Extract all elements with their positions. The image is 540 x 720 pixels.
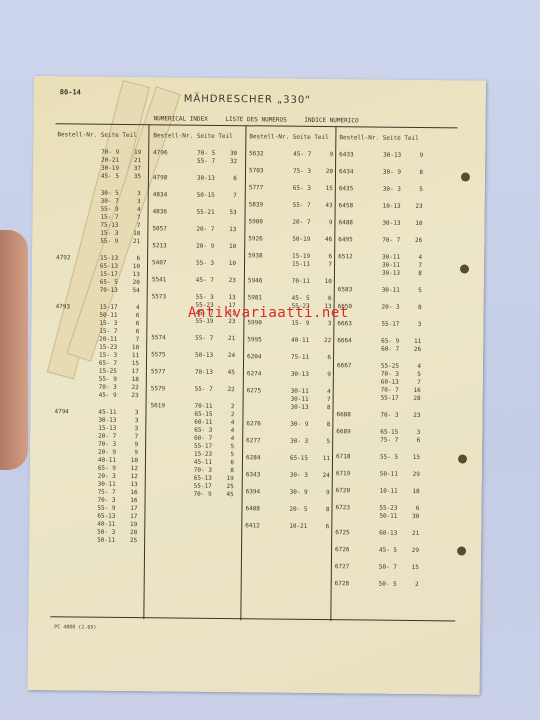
index-entry: 627430-139 [247, 370, 331, 379]
page-ref: 70- 5 [191, 150, 215, 158]
part-ref: 13 [214, 226, 236, 234]
index-row: 50-1125 [91, 537, 137, 545]
index-row: 55- 743 [287, 202, 333, 210]
part-ref: 19 [115, 521, 137, 529]
page-ref: 70- 7 [375, 387, 399, 395]
page-ref: 20- 5 [283, 506, 307, 514]
index-entry: 640820- 58 [245, 505, 329, 514]
index-entry: 590020- 79 [248, 218, 332, 227]
order-number: 6664 [337, 337, 352, 344]
order-number: 5839 [249, 201, 264, 208]
part-ref: 29 [398, 471, 420, 479]
part-ref: 3 [119, 198, 141, 206]
order-number: 6720 [336, 487, 351, 494]
page-ref: 70-13 [189, 369, 213, 377]
order-number: 5579 [151, 385, 166, 392]
part-ref: 19 [119, 149, 141, 157]
part-ref: 21 [119, 157, 141, 165]
page-ref: 50-13 [189, 352, 213, 360]
index-entry: 645810-1323 [339, 202, 423, 211]
part-ref: 2 [212, 411, 234, 419]
page-ref: 15- 3 [93, 352, 117, 360]
index-row: 70-1345 [189, 369, 235, 377]
page-ref: 50-11 [93, 312, 117, 320]
index-entry: 665020- 38 [338, 303, 422, 312]
page-ref: 45-11 [92, 409, 116, 417]
part-ref: 6 [398, 437, 420, 445]
page-ref: 30-13 [284, 404, 308, 412]
bottom-rule [50, 616, 455, 621]
document-title: MÄHDRESCHER „330" [184, 94, 311, 106]
page-ref: 65- 9 [92, 465, 116, 473]
part-ref: 7 [116, 433, 138, 441]
index-row: 30- 324 [284, 472, 330, 480]
index-row: 75- 76 [374, 437, 420, 445]
page-ref: 65-13 [188, 475, 212, 483]
part-ref: 4 [399, 363, 421, 371]
page-ref: 30- 9 [284, 421, 308, 429]
index-row: 55- 721 [189, 335, 235, 343]
page-ref: 15-23 [93, 344, 117, 352]
part-ref: 6 [212, 459, 234, 467]
subtitle-fr: LISTE DES NUMEROS [225, 116, 286, 124]
index-entry: 672645- 529 [335, 546, 419, 555]
index-entry: 599540-1122 [247, 336, 331, 345]
index-entry: 557770-1345 [151, 368, 235, 377]
page-ref: 55- 9 [95, 206, 119, 214]
page-ref: 70- 3 [92, 497, 116, 505]
index-entry: 643430- 98 [339, 168, 423, 177]
page-ref: 50- 7 [373, 564, 397, 572]
column-header: Bestell-Nr. Seite Teil [57, 131, 141, 139]
page-ref: 15-11 [286, 261, 310, 269]
order-number: 6726 [335, 546, 350, 553]
index-row: 45- 529 [373, 547, 419, 555]
page-ref: 65-15 [374, 429, 398, 437]
part-ref: 7 [118, 214, 140, 222]
part-ref: 9 [311, 151, 333, 159]
index-entry: 479670- 53055- 732 [153, 149, 237, 166]
part-ref: 18 [398, 488, 420, 496]
index-entry: 658330-115 [338, 286, 422, 295]
part-ref: 8 [400, 270, 422, 278]
part-ref: 17 [117, 368, 139, 376]
index-entry: 641210-216 [245, 522, 329, 531]
index-entry: 651230-11430-11730-138 [338, 253, 422, 278]
order-number: 5938 [248, 252, 263, 259]
page-ref: 65- 3 [287, 185, 311, 193]
page-ref: 30-11 [376, 254, 400, 262]
page-ref: 45- 5 [286, 295, 310, 303]
order-number: 4793 [56, 303, 71, 310]
index-row: 60-1321 [373, 530, 419, 538]
page-ref: 30-13 [376, 220, 400, 228]
part-ref: 17 [115, 505, 137, 513]
page-ref: 55- 9 [93, 376, 117, 384]
index-entry: 672850- 52 [335, 580, 419, 589]
part-ref: 11 [117, 352, 139, 360]
index-column: Bestell-Nr. Seite Teil70- 91920-212130-1… [53, 131, 141, 554]
part-ref: 3 [116, 425, 138, 433]
index-entry: 627530-11430-11730-138 [247, 387, 331, 412]
page-ref: 70-11 [189, 403, 213, 411]
part-ref: 20 [311, 168, 333, 176]
page-ref: 50- 5 [373, 581, 397, 589]
page-ref: 55- 3 [190, 260, 214, 268]
part-ref: 10 [214, 260, 236, 268]
index-entry: 479215-13665-131015-171365- 52070-1354 [56, 254, 140, 295]
part-ref: 3 [116, 417, 138, 425]
part-ref: 6 [118, 255, 140, 263]
part-ref: 35 [119, 173, 141, 181]
part-ref: 6 [117, 320, 139, 328]
page-ref: 30-13 [376, 270, 400, 278]
part-ref: 15 [398, 454, 420, 462]
part-ref: 4 [309, 388, 331, 396]
page-ref: 70- 3 [375, 371, 399, 379]
index-row: 10-1118 [374, 488, 420, 496]
order-number: 6275 [247, 387, 262, 394]
index-entry: 505720- 713 [152, 225, 236, 234]
order-number: 6667 [337, 362, 352, 369]
index-entry: 627630- 98 [246, 420, 330, 429]
page-ref: 30-11 [376, 287, 400, 295]
index-entry: 30- 5330- 7355- 9415- 7775-13715- 31055-… [56, 189, 141, 246]
page-ref: 60-13 [375, 379, 399, 387]
part-ref: 4 [212, 427, 234, 435]
page-ref: 55- 7 [189, 386, 213, 394]
order-number: 5407 [152, 259, 167, 266]
index-row: 45- 79 [287, 151, 333, 159]
page-ref: 30- 3 [284, 472, 308, 480]
page-ref: 30-13 [377, 152, 401, 160]
index-entry: 671855- 515 [336, 453, 420, 462]
order-number: 4798 [153, 174, 168, 181]
page-ref: 65- 7 [93, 360, 117, 368]
page-ref: 55- 5 [374, 454, 398, 462]
part-ref: 3 [116, 409, 138, 417]
index-row: 75-116 [285, 354, 331, 362]
page-ref: 65- 9 [375, 338, 399, 346]
part-ref: 10 [214, 243, 236, 251]
page-ref: 30-11 [92, 481, 116, 489]
index-row: 50-1946 [286, 236, 332, 244]
index-row: 45- 535 [95, 173, 141, 181]
page-ref: 40-11 [285, 337, 309, 345]
index-row: 20- 38 [376, 304, 422, 312]
index-row: 55- 921 [94, 238, 140, 246]
order-number: 6663 [337, 320, 352, 327]
index-row: 55- 732 [191, 158, 237, 166]
index-column: Bestell-Nr. Seite Teil643330-139643430- … [335, 134, 424, 598]
index-entry: 648830-1310 [338, 219, 422, 228]
part-ref: 8 [400, 304, 422, 312]
part-ref: 4 [119, 206, 141, 214]
page-ref: 15- 7 [93, 328, 117, 336]
index-row: 50-157 [191, 192, 237, 200]
order-number: 4796 [153, 149, 168, 156]
page-ref: 20- 7 [190, 226, 214, 234]
index-row: 50-1130 [373, 513, 419, 521]
index-row: 30-138 [376, 270, 422, 278]
index-row: 40-1122 [285, 337, 331, 345]
order-number: 6723 [335, 504, 350, 511]
index-entry: 672010-1118 [336, 487, 420, 496]
part-ref: 46 [310, 236, 332, 244]
page-ref: 65-13 [91, 513, 115, 521]
part-ref: 6 [309, 354, 331, 362]
page-ref: 30- 3 [284, 438, 308, 446]
part-ref: 54 [118, 287, 140, 295]
page-ref: 30- 3 [377, 186, 401, 194]
part-ref: 4 [212, 435, 234, 443]
index-row: 30-136 [191, 175, 237, 183]
page-ref: 45- 7 [190, 277, 214, 285]
part-ref: 28 [399, 395, 421, 403]
page-ref: 50-19 [286, 236, 310, 244]
page-ref: 55-17 [188, 483, 212, 491]
column-header: Bestell-Nr. Seite Teil [249, 133, 333, 141]
order-number: 6718 [336, 453, 351, 460]
document-code: 80-14 [60, 88, 81, 96]
page-ref: 55- 9 [94, 238, 118, 246]
index-entry: 672560-1321 [335, 529, 419, 538]
page-ref: 70- 3 [93, 384, 117, 392]
part-ref: 9 [401, 152, 423, 160]
part-ref: 6 [310, 253, 332, 261]
index-row: 70- 726 [376, 237, 422, 245]
part-ref: 8 [401, 169, 423, 177]
page-ref: 45- 5 [95, 173, 119, 181]
page-ref: 45-11 [188, 459, 212, 467]
index-column: Bestell-Nr. Seite Teil563245- 79570375- … [245, 133, 333, 540]
index-row: 55- 310 [190, 260, 236, 268]
part-ref: 16 [116, 489, 138, 497]
index-row: 70-1354 [94, 287, 140, 295]
page-ref: 30-19 [95, 165, 119, 173]
index-row: 70-1110 [286, 278, 332, 286]
part-ref: 3 [119, 190, 141, 198]
part-ref: 45 [213, 369, 235, 377]
part-ref: 45 [212, 491, 234, 499]
part-ref: 22 [309, 337, 331, 345]
page-ref: 20-11 [93, 336, 117, 344]
page-ref: 30-11 [285, 388, 309, 396]
index-entry: 483450-157 [153, 191, 237, 200]
part-ref: 7 [400, 262, 422, 270]
part-ref: 5 [212, 451, 234, 459]
page-ref: 65- 3 [188, 427, 212, 435]
part-ref: 7 [215, 192, 237, 200]
part-ref: 5 [401, 186, 423, 194]
index-entry: 672750- 715 [335, 563, 419, 572]
page-ref: 40-11 [91, 521, 115, 529]
page-ref: 45- 9 [93, 392, 117, 400]
order-number: 6412 [245, 522, 260, 529]
page-ref: 20- 9 [92, 449, 116, 457]
page-ref: 70- 3 [92, 441, 116, 449]
part-ref: 9 [116, 449, 138, 457]
page-ref: 50-11 [91, 537, 115, 545]
part-ref: 4 [118, 304, 140, 312]
part-ref: 8 [308, 421, 330, 429]
part-ref: 5 [399, 371, 421, 379]
part-ref: 15 [117, 360, 139, 368]
order-number: 5900 [248, 218, 263, 225]
part-ref: 4 [400, 254, 422, 262]
page-ref: 40-11 [92, 457, 116, 465]
part-ref: 2 [397, 581, 419, 589]
page-ref: 70- 3 [188, 467, 212, 475]
index-entry: 643330-139 [339, 151, 423, 160]
order-number: 5577 [151, 368, 166, 375]
page-ref: 65-15 [188, 411, 212, 419]
page-ref: 55- 9 [91, 505, 115, 513]
order-number: 5632 [249, 150, 264, 157]
part-ref: 23 [214, 277, 236, 285]
page-ref: 30- 5 [95, 190, 119, 198]
part-ref: 24 [308, 472, 330, 480]
index-row: 65-1511 [284, 455, 330, 463]
part-ref: 37 [119, 165, 141, 173]
part-ref: 22 [117, 384, 139, 392]
page-ref: 55- 7 [191, 158, 215, 166]
index-row: 30-139 [377, 152, 423, 160]
document-page: 80-14 MÄHDRESCHER „330" NUMERICAL INDEX … [28, 76, 486, 695]
index-row: 50-1324 [189, 352, 235, 360]
part-ref: 23 [401, 203, 423, 211]
page-ref: 70- 7 [376, 237, 400, 245]
part-ref: 9 [116, 441, 138, 449]
index-entry: 557550-1324 [151, 351, 235, 360]
index-entry: 540755- 310 [152, 259, 236, 268]
index-row: 75- 320 [287, 168, 333, 176]
part-ref: 6 [117, 312, 139, 320]
page-ref: 45- 5 [373, 547, 397, 555]
page-ref: 70-13 [94, 287, 118, 295]
page-ref: 15-17 [94, 304, 118, 312]
part-ref: 22 [213, 386, 235, 394]
part-ref: 16 [116, 497, 138, 505]
order-number: 6583 [338, 286, 353, 293]
index-entry: 627730- 35 [246, 437, 330, 446]
index-entry: 592650-1946 [248, 235, 332, 244]
order-number: 6435 [339, 185, 354, 192]
index-entry: 672355-23650-1130 [335, 504, 419, 521]
page-ref: 55- 7 [189, 335, 213, 343]
index-entry: 521320- 910 [152, 242, 236, 251]
part-ref: 11 [399, 338, 421, 346]
page-ref: 50-15 [191, 192, 215, 200]
order-number: 6719 [336, 470, 351, 477]
page-ref: 15-13 [94, 255, 118, 263]
page-ref: 15-13 [92, 425, 116, 433]
page-ref: 20-21 [95, 157, 119, 165]
order-number: 6727 [335, 563, 350, 570]
subtitle-es: INDICE NUMERICO [304, 117, 358, 125]
index-row: 30-138 [284, 404, 330, 412]
part-ref: 26 [399, 346, 421, 354]
page-ref: 15-17 [94, 271, 118, 279]
page-ref: 65- 5 [94, 279, 118, 287]
part-ref: 2 [213, 403, 235, 411]
order-number: 6495 [338, 236, 353, 243]
page-ref: 50- 3 [91, 529, 115, 537]
part-ref: 10 [310, 278, 332, 286]
index-entry: 479445-11330-13315-13320- 7770- 3920- 99… [53, 408, 138, 545]
page-ref: 15-19 [286, 253, 310, 261]
page-ref: 70- 9 [95, 149, 119, 157]
page-ref: 30-13 [191, 175, 215, 183]
order-number: 6394 [246, 488, 261, 495]
page-ref: 10-13 [377, 203, 401, 211]
part-ref: 6 [215, 175, 237, 183]
index-entry: 554145- 723 [152, 276, 236, 285]
index-entry: 479315-17450-11615- 3615- 7620-11715-231… [55, 303, 140, 400]
part-ref: 10 [118, 230, 140, 238]
index-entry: 561970-11265-15260-11465- 3460- 7455-175… [150, 402, 235, 499]
part-ref: 5 [212, 443, 234, 451]
part-ref: 12 [116, 473, 138, 481]
punch-hole [458, 454, 467, 463]
order-number: 4792 [56, 254, 71, 261]
page-ref: 55-17 [375, 395, 399, 403]
order-number: 5777 [249, 184, 264, 191]
part-ref: 30 [397, 513, 419, 521]
index-row: 20- 713 [190, 226, 236, 234]
order-number: 6204 [247, 353, 262, 360]
page-ref: 20- 9 [190, 243, 214, 251]
page-ref: 50-11 [374, 471, 398, 479]
index-row: 55-1728 [375, 395, 421, 403]
page-ref: 30-11 [285, 396, 309, 404]
part-ref: 7 [117, 336, 139, 344]
part-ref: 10 [116, 457, 138, 465]
index-entry: 649570- 726 [338, 236, 422, 245]
part-ref: 26 [400, 237, 422, 245]
part-ref: 3 [309, 320, 331, 328]
index-entry: 557955- 722 [151, 385, 235, 394]
index-row: 30- 98 [377, 169, 423, 177]
order-number: 5619 [151, 402, 166, 409]
part-ref: 21 [397, 530, 419, 538]
order-number: 5574 [151, 334, 166, 341]
index-row: 45- 923 [93, 392, 139, 400]
index-row: 65- 315 [287, 185, 333, 193]
index-entry: 594670-1110 [248, 277, 332, 286]
index-row: 50- 715 [373, 564, 419, 572]
index-entry: 666755-25470- 3560-13770- 71655-1728 [337, 362, 421, 403]
part-ref: 5 [308, 438, 330, 446]
order-number: 5926 [248, 235, 263, 242]
part-ref: 3 [398, 429, 420, 437]
part-ref: 25 [212, 483, 234, 491]
column-divider [240, 125, 246, 620]
index-row: 30-1310 [376, 220, 422, 228]
index-entry: 668870- 323 [336, 411, 420, 420]
order-number: 4836 [153, 208, 168, 215]
index-entry: 557455- 721 [151, 334, 235, 343]
page-ref: 20- 3 [92, 473, 116, 481]
order-number: 5981 [248, 294, 263, 301]
part-ref: 23 [117, 392, 139, 400]
page-ref: 55-17 [375, 321, 399, 329]
page-ref: 70- 3 [374, 412, 398, 420]
index-row: 15-117 [286, 261, 332, 269]
order-number: 5946 [248, 277, 263, 284]
page-ref: 30-13 [92, 417, 116, 425]
page-ref: 55-17 [188, 443, 212, 451]
